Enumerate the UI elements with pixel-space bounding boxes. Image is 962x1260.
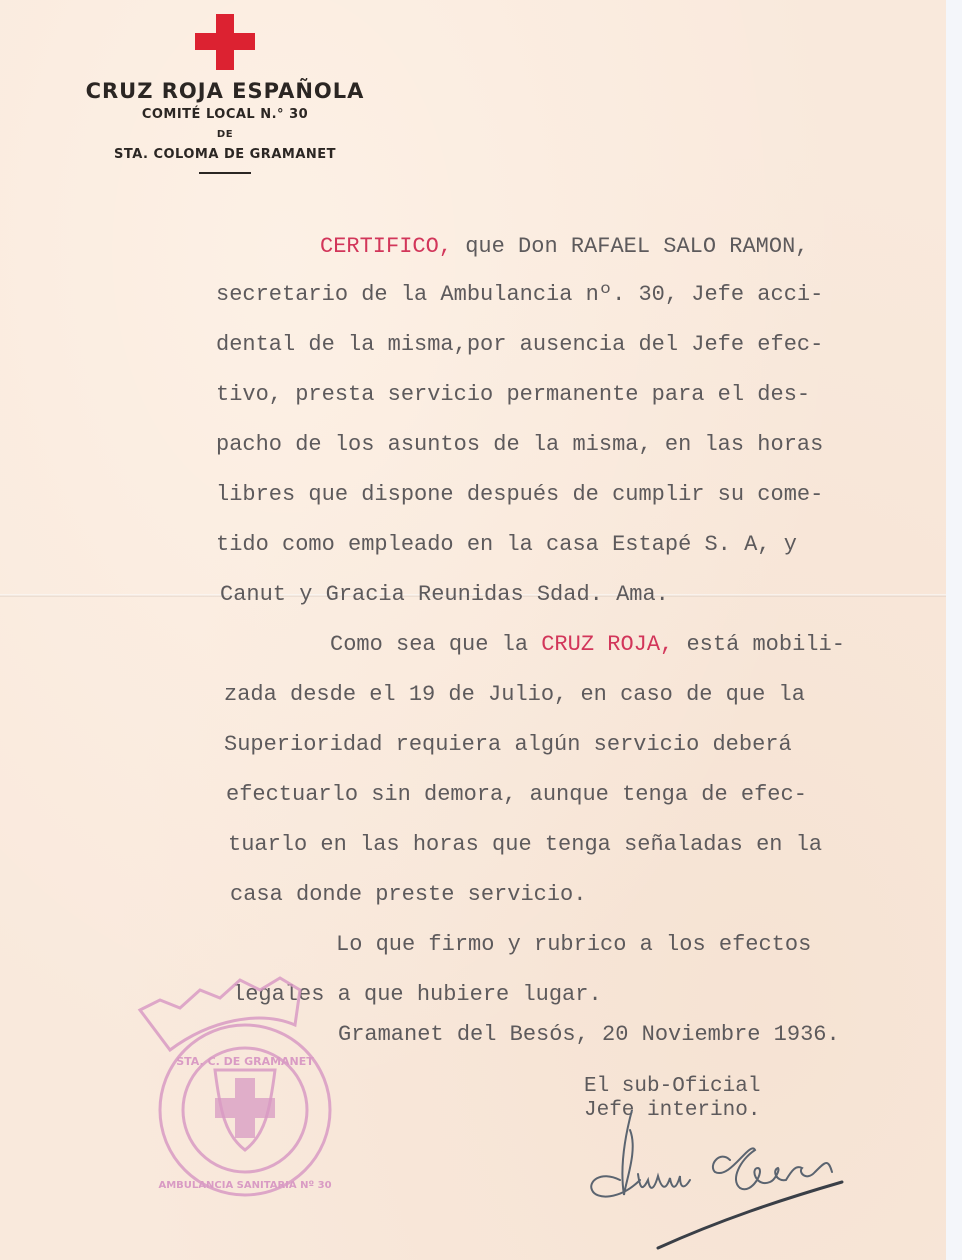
red-emphasis: CERTIFICO, [320, 234, 452, 259]
body-line: casa donde preste servicio. [230, 882, 586, 907]
seal-text: STA. C. DE GRAMANET [176, 1055, 314, 1068]
body-line: dental de la misma,por ausencia del Jefe… [216, 332, 823, 357]
connector-label: DE [70, 126, 380, 144]
letterhead-divider [199, 172, 251, 174]
body-line: CERTIFICO, que Don RAFAEL SALO RAMON, [320, 234, 809, 259]
body-line: tuarlo en las horas que tenga señaladas … [228, 832, 822, 857]
seal-text-bottom: AMBULANCIA SANITARIA Nº 30 [158, 1180, 331, 1191]
body-line: tivo, presta servicio permanente para el… [216, 382, 810, 407]
body-line: efectuarlo sin demora, aunque tenga de e… [226, 782, 807, 807]
body-line: pacho de los asuntos de la misma, en las… [216, 432, 823, 457]
body-line: Como sea que la CRUZ ROJA, está mobili- [330, 632, 845, 657]
signer-title-1: El sub-Oficial [584, 1075, 760, 1099]
organization-name: CRUZ ROJA ESPAÑOLA [70, 78, 380, 104]
place-date: Gramanet del Besós, 20 Noviembre 1936. [338, 1022, 840, 1047]
locality-label: STA. COLOMA DE GRAMANET [70, 144, 380, 166]
body-line: Lo que firmo y rubrico a los efectos [336, 932, 811, 957]
ambulance-seal-stamp: STA. C. DE GRAMANET AMBULANCIA SANITARIA… [130, 970, 350, 1200]
body-line: Canut y Gracia Reunidas Sdad. Ama. [220, 582, 669, 607]
body-line: tido como empleado en la casa Estapé S. … [216, 532, 797, 557]
body-line: Superioridad requiera algún servicio deb… [224, 732, 792, 757]
committee-label: COMITÉ LOCAL N.° 30 [70, 104, 380, 126]
document-page: CRUZ ROJA ESPAÑOLA COMITÉ LOCAL N.° 30 D… [0, 0, 946, 1260]
red-cross-icon [195, 14, 255, 70]
body-line: libres que dispone después de cumplir su… [216, 482, 823, 507]
body-line: zada desde el 19 de Julio, en caso de qu… [224, 682, 805, 707]
handwritten-signature [580, 1110, 860, 1260]
body-line: secretario de la Ambulancia nº. 30, Jefe… [216, 282, 823, 307]
letterhead: CRUZ ROJA ESPAÑOLA COMITÉ LOCAL N.° 30 D… [70, 14, 380, 174]
red-emphasis: CRUZ ROJA, [541, 632, 673, 657]
